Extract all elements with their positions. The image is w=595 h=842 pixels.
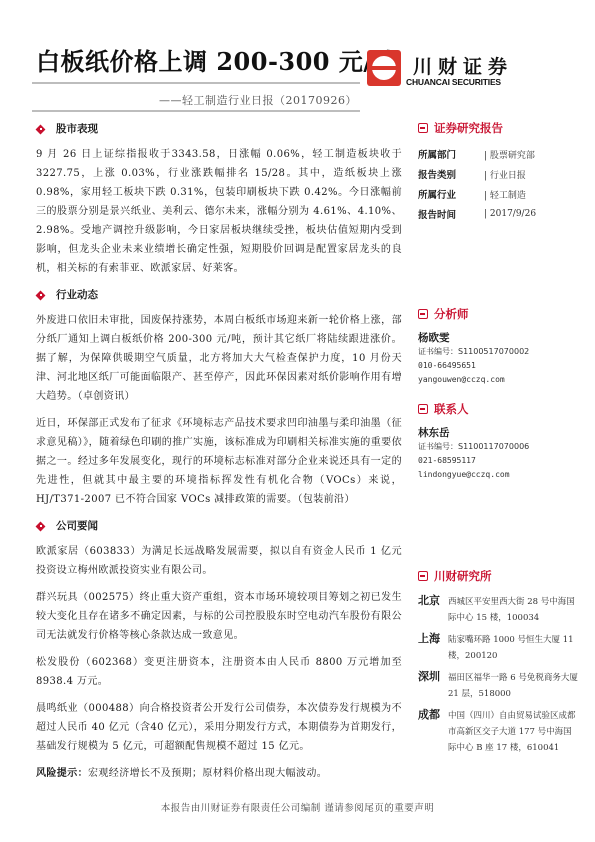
analyst-phone: 010-66495651 [418,359,578,373]
risk-warning: 风险提示：宏观经济增长不及预期；原材料价格出现大幅波动。 [36,764,402,783]
paragraph: 外废进口依旧未审批，国废保持涨势，本周白板纸市场迎来新一轮价格上涨，部分纸厂通知… [36,311,402,406]
office-beijing: 北京 西城区平安里西大街 28 号中海国际中心 15 楼，100034 [418,592,578,626]
section-heading: 公司要闻 [56,517,98,536]
sidebar-heading: 分析师 [434,306,469,322]
analyst-icon [418,309,428,319]
info-row-report-type: 报告类别 | 行业日报 [418,164,578,184]
paragraph: 欧派家居（603833）为满足长远战略发展需要，拟以自有资金人民币 1 亿元投资… [36,542,402,580]
office-city: 北京 [418,592,448,626]
paragraph: 晨鸣纸业（000488）向合格投资者公开发行公司债券，本次债券发行规模为不超过人… [36,699,402,756]
sidebar-heading: 联系人 [434,401,469,417]
paragraph: 群兴玩具（002575）终止重大资产重组，资本市场环境较项目筹划之初已发生较大变… [36,588,402,645]
info-key: 报告时间 [418,207,484,221]
analyst-block: 分析师 杨欧雯 证书编号：S1100517070002 010-66495651… [418,306,578,387]
logo-name-en: CHUANCAI SECURITIES [406,77,501,87]
contact-phone: 021-68595117 [418,454,578,468]
info-value: | 行业日报 [484,168,526,181]
info-key: 所属行业 [418,187,484,201]
contact-block: 联系人 林东岳 证书编号：S1100117070006 021-68595117… [418,401,578,482]
diamond-bullet-icon [36,291,46,301]
contact-cert: 证书编号：S1100117070006 [418,440,578,454]
logo-name-cn: 川财证券 [413,52,513,79]
report-subtitle: ——轻工制造行业日报（20170926） [159,92,357,108]
office-city: 上海 [418,630,448,664]
subtitle-divider [32,110,360,112]
report-icon [418,123,428,133]
company-logo: 川财证券 CHUANCAI SECURITIES [367,50,562,92]
risk-label: 风险提示： [36,768,88,779]
footer-disclaimer: 本报告由川财证券有限责任公司编制 谨请参阅尾页的重要声明 [0,800,595,814]
office-shanghai: 上海 陆家嘴环路 1000 号恒生大厦 11 楼，200120 [418,630,578,664]
section-industry-news: 行业动态 外废进口依旧未审批，国废保持涨势，本周白板纸市场迎来新一轮价格上涨，部… [36,286,402,509]
office-shenzhen: 深圳 福田区福华一路 6 号免税商务大厦 21 层，518000 [418,668,578,702]
info-row-department: 所属部门 | 股票研究部 [418,144,578,164]
analyst-email[interactable]: yangouwen@cczq.com [418,373,578,387]
report-info: 证券研究报告 所属部门 | 股票研究部 报告类别 | 行业日报 所属行业 | 轻… [418,120,578,224]
paragraph: 近日，环保部正式发布了征求《环境标志产品技术要求凹印油墨与柔印油墨（征求意见稿）… [36,414,402,509]
office-city: 深圳 [418,668,448,702]
contact-icon [418,404,428,414]
analyst-name: 杨欧雯 [418,330,578,345]
info-key: 报告类别 [418,167,484,181]
paragraph: 9 月 26 日上证综指报收于3343.58，日涨幅 0.06%，轻工制造板块收… [36,145,402,278]
office-city: 成都 [418,706,448,756]
contact-name: 林东岳 [418,425,578,440]
info-row-industry: 所属行业 | 轻工制造 [418,184,578,204]
risk-text: 宏观经济增长不及预期；原材料价格出现大幅波动。 [88,768,327,779]
section-market-performance: 股市表现 9 月 26 日上证综指报收于3343.58，日涨幅 0.06%，轻工… [36,120,402,278]
institute-icon [418,571,428,581]
office-address: 福田区福华一路 6 号免税商务大厦 21 层，518000 [448,668,578,702]
institute-block: 川财研究所 北京 西城区平安里西大街 28 号中海国际中心 15 楼，10003… [418,568,578,756]
diamond-bullet-icon [36,522,46,532]
info-row-report-date: 报告时间 | 2017/9/26 [418,204,578,224]
sidebar-heading: 川财研究所 [434,568,492,584]
chuancai-logo-icon [367,50,401,86]
contact-email[interactable]: lindongyue@cczq.com [418,468,578,482]
office-address: 西城区平安里西大街 28 号中海国际中心 15 楼，100034 [448,592,578,626]
paragraph: 松发股份（602368）变更注册资本，注册资本由人民币 8800 万元增加至 8… [36,653,402,691]
office-address: 陆家嘴环路 1000 号恒生大厦 11 楼，200120 [448,630,578,664]
info-value: | 股票研究部 [484,148,535,161]
office-address: 中国（四川）自由贸易试验区成都市高新区交子大道 177 号中海国际中心 B 座 … [448,706,578,756]
diamond-bullet-icon [36,125,46,135]
info-value: | 2017/9/26 [484,209,536,219]
analyst-cert: 证书编号：S1100517070002 [418,345,578,359]
office-chengdu: 成都 中国（四川）自由贸易试验区成都市高新区交子大道 177 号中海国际中心 B… [418,706,578,756]
main-content: 股市表现 9 月 26 日上证综指报收于3343.58，日涨幅 0.06%，轻工… [36,120,402,791]
section-company-news: 公司要闻 欧派家居（603833）为满足长远战略发展需要，拟以自有资金人民币 1… [36,517,402,756]
report-title: 白板纸价格上调 200-300 元/吨 [36,42,397,77]
section-heading: 行业动态 [56,286,98,305]
sidebar: 证券研究报告 所属部门 | 股票研究部 报告类别 | 行业日报 所属行业 | 轻… [418,120,578,760]
title-divider [32,82,360,84]
sidebar-heading: 证券研究报告 [434,120,503,136]
info-value: | 轻工制造 [484,188,526,201]
section-heading: 股市表现 [56,120,98,139]
info-key: 所属部门 [418,147,484,161]
